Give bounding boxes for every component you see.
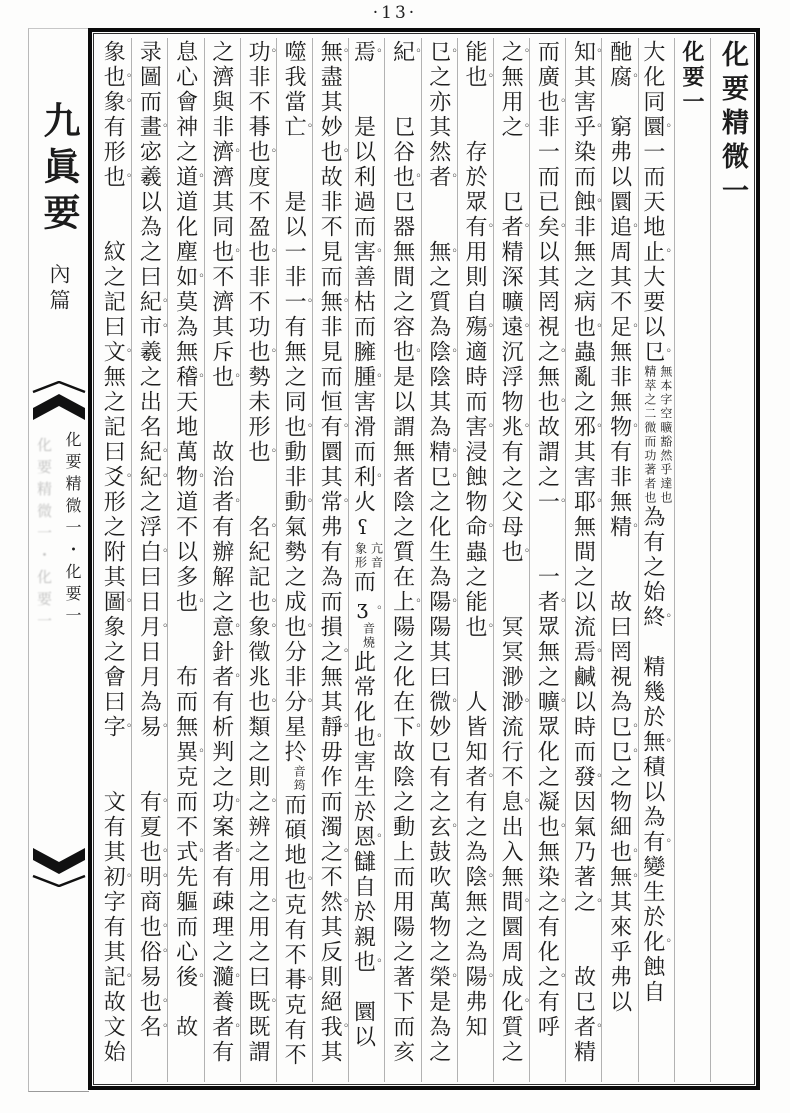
center-caption: 化要精微一・化要一: [61, 431, 84, 629]
seal-glyph: ʕ: [350, 515, 374, 542]
text-column: 能也。存於眾有。用則自殤。適時而害。浸蝕物命。蟲之能也。人皆知者。有之為陰。無之…: [457, 38, 493, 1082]
book-title: 九眞要: [32, 101, 86, 239]
text-column: 㔾。之亦其然者。無。之質為陰。陰其為精。㔾。之化生為陽。陽其曰微。妙㔾有之玄。鼓…: [421, 38, 457, 1082]
page-number: ·13·: [0, 3, 790, 23]
text-column: 象也。象。有形也。紋之記曰文。無之記曰爻。形之附其圖。象之會曰字。文有其初。字有…: [96, 38, 131, 1082]
text-column: 紀。㔾谷也。㔾器無間之容也。是以謂無者陰之質在上。陽之化在下。故陰之動上而用陽之…: [384, 38, 420, 1082]
banxin-strip: 九眞要 內篇 化要精微一・化要一 化要精微一・化要一: [28, 28, 89, 1092]
text-frame-inner: 化要精微一化要一大化同圜。一而天地止。大要以㔾。無本字空曠豁然乎達也精萃之二微而…: [93, 33, 755, 1085]
text-column: 焉。是以利過而害。善枯而臃腫。害滑而利。火ʕ亢音象形而ʒ。音燒此常化也。害生於恩…: [348, 38, 384, 1082]
text-column: 而廣也。非一而已矣。以其罔視之。無也。故謂之一。一者。眾無之曠。眾化之凝也。無染…: [529, 38, 565, 1082]
text-column: 無。盡其妙也。故非不見而無。非見而恒有。圜其常。弗有為而損之。無其靜。毋作而濁之…: [312, 38, 348, 1082]
fishtail-top-icon: [31, 381, 87, 427]
text-column: 之。無用之。㔾者。精深曠遠。沉浮物兆。有之父母也。冥冥渺渺。流行不息。出入無間。…: [493, 38, 529, 1082]
text-column: 大化同圜。一而天地止。大要以㔾。無本字空曠豁然乎達也精萃之二微而功著者也為有之始…: [638, 38, 674, 1082]
inline-annotation: 無本字空曠豁然乎達也精萃之二微而功著者也: [642, 365, 674, 505]
title-column: 化要精微一: [710, 38, 752, 1082]
book-page: ·13· 九眞要 內篇 化要精微一・化要一 化要精微一・化要一 化要精微一化要一…: [0, 0, 790, 1113]
text-frame: 化要精微一化要一大化同圜。一而天地止。大要以㔾。無本字空曠豁然乎達也精萃之二微而…: [88, 28, 760, 1090]
text-column: 息心會神之道。道化塵如。莫為無稽。天地萬物。道不以多也。布而無異。克而不式。先軀…: [167, 38, 203, 1082]
text-column: 噬我當亡。是以一非一。有無之同也。動非動。氣勢之成也。分非分。星扵音筠而碩地也。…: [276, 38, 312, 1082]
text-column: 知。其害乎。染而蝕。非無之病也。蟲亂之邪。其害耶。無間之以流焉。鹹以時而發。因氣…: [565, 38, 601, 1082]
text-column: 之濟與非濟。濟其同也。不濟其斥也。故治者。有辦解之意。針者。有析判之功。案者。有…: [204, 38, 240, 1082]
section-column: 化要一: [674, 38, 710, 1082]
ghost-caption: 化要精微一・化要一: [34, 437, 55, 635]
text-columns: 化要精微一化要一大化同圜。一而天地止。大要以㔾。無本字空曠豁然乎達也精萃之二微而…: [96, 38, 752, 1082]
inline-annotation: 音筠: [291, 765, 307, 793]
fishtail-bottom-icon: [31, 841, 87, 887]
text-column: 录圖而畫。宓羲以為之曰紀。市。羲之出名紀。紀。之浮白。曰日月。日月為易。有。夏也…: [131, 38, 167, 1082]
inline-annotation: 亢音象形: [352, 542, 384, 570]
text-column: 功。非不朞也。度不盈也。非不功也。勢未形也。名。紀記也。象。徵兆也。類之則之。辨…: [240, 38, 276, 1082]
part-label: 內篇: [44, 263, 74, 315]
inline-annotation: 音燒: [360, 622, 376, 650]
text-column: 酏腐。窮弗以圜追。周其不足。無非無物。有非無精。故曰罔視為㔾。㔾。之物細也。無。…: [601, 38, 637, 1082]
